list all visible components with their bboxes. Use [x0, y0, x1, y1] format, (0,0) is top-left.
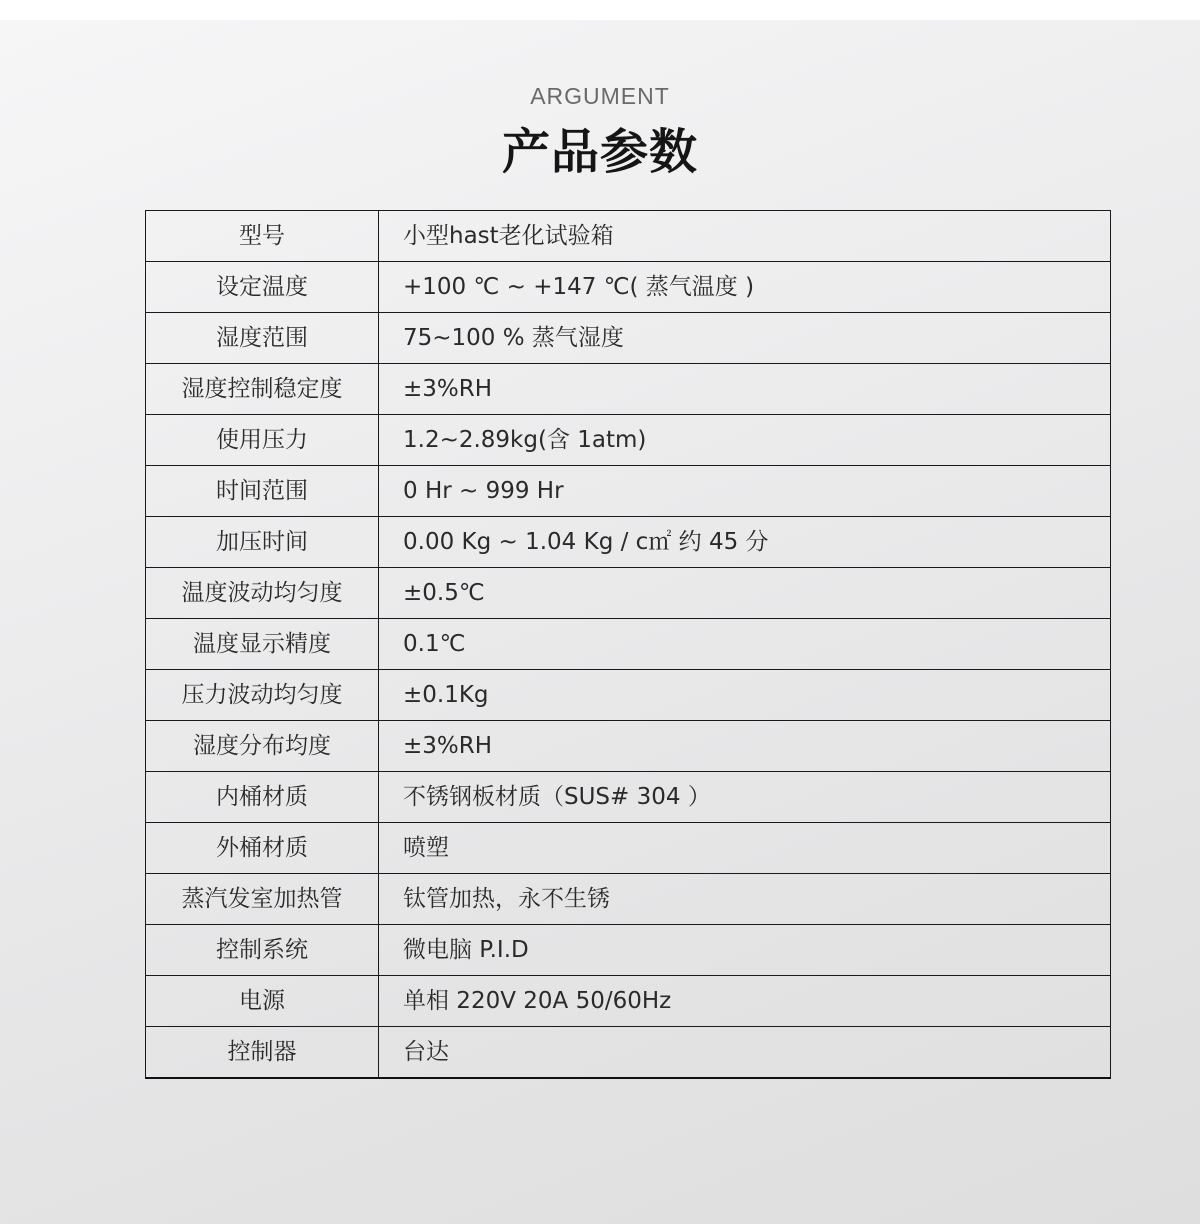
spec-value: 不锈钢板材质（SUS# 304 ）	[379, 772, 1111, 823]
table-row: 外桶材质 喷塑	[146, 823, 1111, 874]
spec-label: 压力波动均匀度	[146, 670, 379, 721]
spec-label: 内桶材质	[146, 772, 379, 823]
spec-value: 1.2~2.89kg(含 1atm)	[379, 415, 1111, 466]
spec-label: 温度波动均匀度	[146, 568, 379, 619]
table-row: 电源 单相 220V 20A 50/60Hz	[146, 976, 1111, 1027]
table-row: 压力波动均匀度 ±0.1Kg	[146, 670, 1111, 721]
spec-value: 微电脑 P.I.D	[379, 925, 1111, 976]
table-row: 湿度分布均度 ±3%RH	[146, 721, 1111, 772]
spec-value: 0 Hr ~ 999 Hr	[379, 466, 1111, 517]
table-row: 使用压力 1.2~2.89kg(含 1atm)	[146, 415, 1111, 466]
spec-value: 单相 220V 20A 50/60Hz	[379, 976, 1111, 1027]
spec-label: 湿度控制稳定度	[146, 364, 379, 415]
spec-label: 设定温度	[146, 262, 379, 313]
spec-label: 加压时间	[146, 517, 379, 568]
table-row: 蒸汽发室加热管 钛管加热，永不生锈	[146, 874, 1111, 925]
spec-value: 0.00 Kg ~ 1.04 Kg / c㎡ 约 45 分	[379, 517, 1111, 568]
table-row: 温度波动均匀度 ±0.5℃	[146, 568, 1111, 619]
spec-label: 使用压力	[146, 415, 379, 466]
spec-value: ±0.1Kg	[379, 670, 1111, 721]
spec-value: 0.1℃	[379, 619, 1111, 670]
spec-table: 型号 小型hast老化试验箱 设定温度 +100 ℃ ~ +147 ℃( 蒸气温…	[145, 210, 1111, 1079]
spec-label: 温度显示精度	[146, 619, 379, 670]
table-row: 时间范围 0 Hr ~ 999 Hr	[146, 466, 1111, 517]
table-row: 湿度控制稳定度 ±3%RH	[146, 364, 1111, 415]
section-title: 产品参数	[0, 122, 1200, 182]
table-row: 加压时间 0.00 Kg ~ 1.04 Kg / c㎡ 约 45 分	[146, 517, 1111, 568]
spec-label: 时间范围	[146, 466, 379, 517]
spec-value: ±3%RH	[379, 364, 1111, 415]
spec-value: 75~100 % 蒸气湿度	[379, 313, 1111, 364]
spec-label: 型号	[146, 211, 379, 262]
spec-value: 喷塑	[379, 823, 1111, 874]
spec-label: 控制系统	[146, 925, 379, 976]
section-subtitle: ARGUMENT	[0, 83, 1200, 109]
spec-label: 外桶材质	[146, 823, 379, 874]
table-row: 型号 小型hast老化试验箱	[146, 211, 1111, 262]
spec-value: 台达	[379, 1027, 1111, 1079]
table-row: 内桶材质 不锈钢板材质（SUS# 304 ）	[146, 772, 1111, 823]
spec-label: 湿度范围	[146, 313, 379, 364]
table-row: 控制系统 微电脑 P.I.D	[146, 925, 1111, 976]
spec-label: 蒸汽发室加热管	[146, 874, 379, 925]
spec-value: ±3%RH	[379, 721, 1111, 772]
spec-value: +100 ℃ ~ +147 ℃( 蒸气温度 )	[379, 262, 1111, 313]
spec-label: 控制器	[146, 1027, 379, 1079]
table-row: 设定温度 +100 ℃ ~ +147 ℃( 蒸气温度 )	[146, 262, 1111, 313]
spec-label: 电源	[146, 976, 379, 1027]
spec-value: ±0.5℃	[379, 568, 1111, 619]
table-row: 控制器 台达	[146, 1027, 1111, 1079]
spec-value: 钛管加热，永不生锈	[379, 874, 1111, 925]
spec-label: 湿度分布均度	[146, 721, 379, 772]
table-row: 温度显示精度 0.1℃	[146, 619, 1111, 670]
spec-value: 小型hast老化试验箱	[379, 211, 1111, 262]
table-row: 湿度范围 75~100 % 蒸气湿度	[146, 313, 1111, 364]
